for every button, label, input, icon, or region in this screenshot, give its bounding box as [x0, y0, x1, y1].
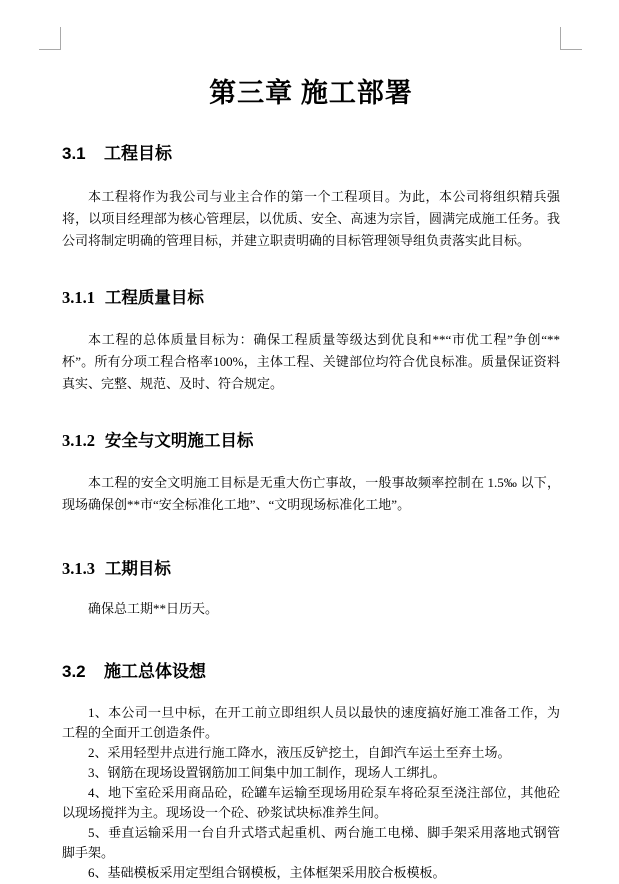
- list-item-5: 5、垂直运输采用一台自升式塔式起重机、两台施工电梯、脚手架采用落地式钢管脚手架。: [62, 823, 560, 863]
- list-item-6: 6、基础模板采用定型组合钢模板，主体框架采用胶合板模板。: [62, 863, 560, 883]
- paragraph-3-1: 本工程将作为我公司与业主合作的第一个工程项目。为此，本公司将组织精兵强将，以项目…: [62, 186, 560, 252]
- section-title: 安全与文明施工目标: [105, 431, 254, 450]
- list-item-2: 2、采用轻型井点进行施工降水，液压反铲挖土，自卸汽车运土至弃土场。: [62, 743, 560, 763]
- paragraph-3-1-1: 本工程的总体质量目标为：确保工程质量等级达到优良和**“市优工程”争创“**杯”…: [62, 329, 560, 395]
- chapter-title: 第三章 施工部署: [62, 78, 560, 108]
- margin-crop-mark-top-left: [39, 27, 61, 50]
- section-heading-3-1: 3.1 工程目标: [62, 144, 560, 164]
- section-title: 工程目标: [104, 144, 172, 163]
- section-heading-3-2: 3.2 施工总体设想: [62, 662, 560, 682]
- document-content: 第三章 施工部署 3.1 工程目标 本工程将作为我公司与业主合作的第一个工程项目…: [62, 0, 560, 883]
- section-number: 3.1.1: [62, 288, 95, 307]
- section-title: 施工总体设想: [104, 662, 206, 681]
- section-heading-3-1-1: 3.1.1 工程质量目标: [62, 288, 560, 307]
- section-number: 3.1.3: [62, 559, 95, 578]
- list-item-1: 1、本公司一旦中标，在开工前立即组织人员以最快的速度搞好施工准备工作，为工程的全…: [62, 703, 560, 743]
- section-heading-3-1-3: 3.1.3 工期目标: [62, 559, 560, 578]
- paragraph-3-1-3: 确保总工期**日历天。: [62, 598, 560, 620]
- section-number: 3.1.2: [62, 431, 95, 450]
- list-item-4: 4、地下室砼采用商品砼，砼罐车运输至现场用砼泵车将砼泵至浇注部位，其他砼以现场搅…: [62, 783, 560, 823]
- section-heading-3-1-2: 3.1.2 安全与文明施工目标: [62, 431, 560, 450]
- section-title: 工期目标: [105, 559, 171, 578]
- document-page: 第三章 施工部署 3.1 工程目标 本工程将作为我公司与业主合作的第一个工程项目…: [0, 0, 619, 884]
- margin-crop-mark-top-right: [560, 27, 582, 50]
- section-title: 工程质量目标: [105, 288, 204, 307]
- section-number: 3.2: [62, 662, 86, 681]
- paragraph-3-1-2: 本工程的安全文明施工目标是无重大伤亡事故，一般事故频率控制在 1.5‰ 以下，现…: [62, 472, 560, 516]
- section-number: 3.1: [62, 144, 86, 163]
- list-item-3: 3、钢筋在现场设置钢筋加工间集中加工制作，现场人工绑扎。: [62, 763, 560, 783]
